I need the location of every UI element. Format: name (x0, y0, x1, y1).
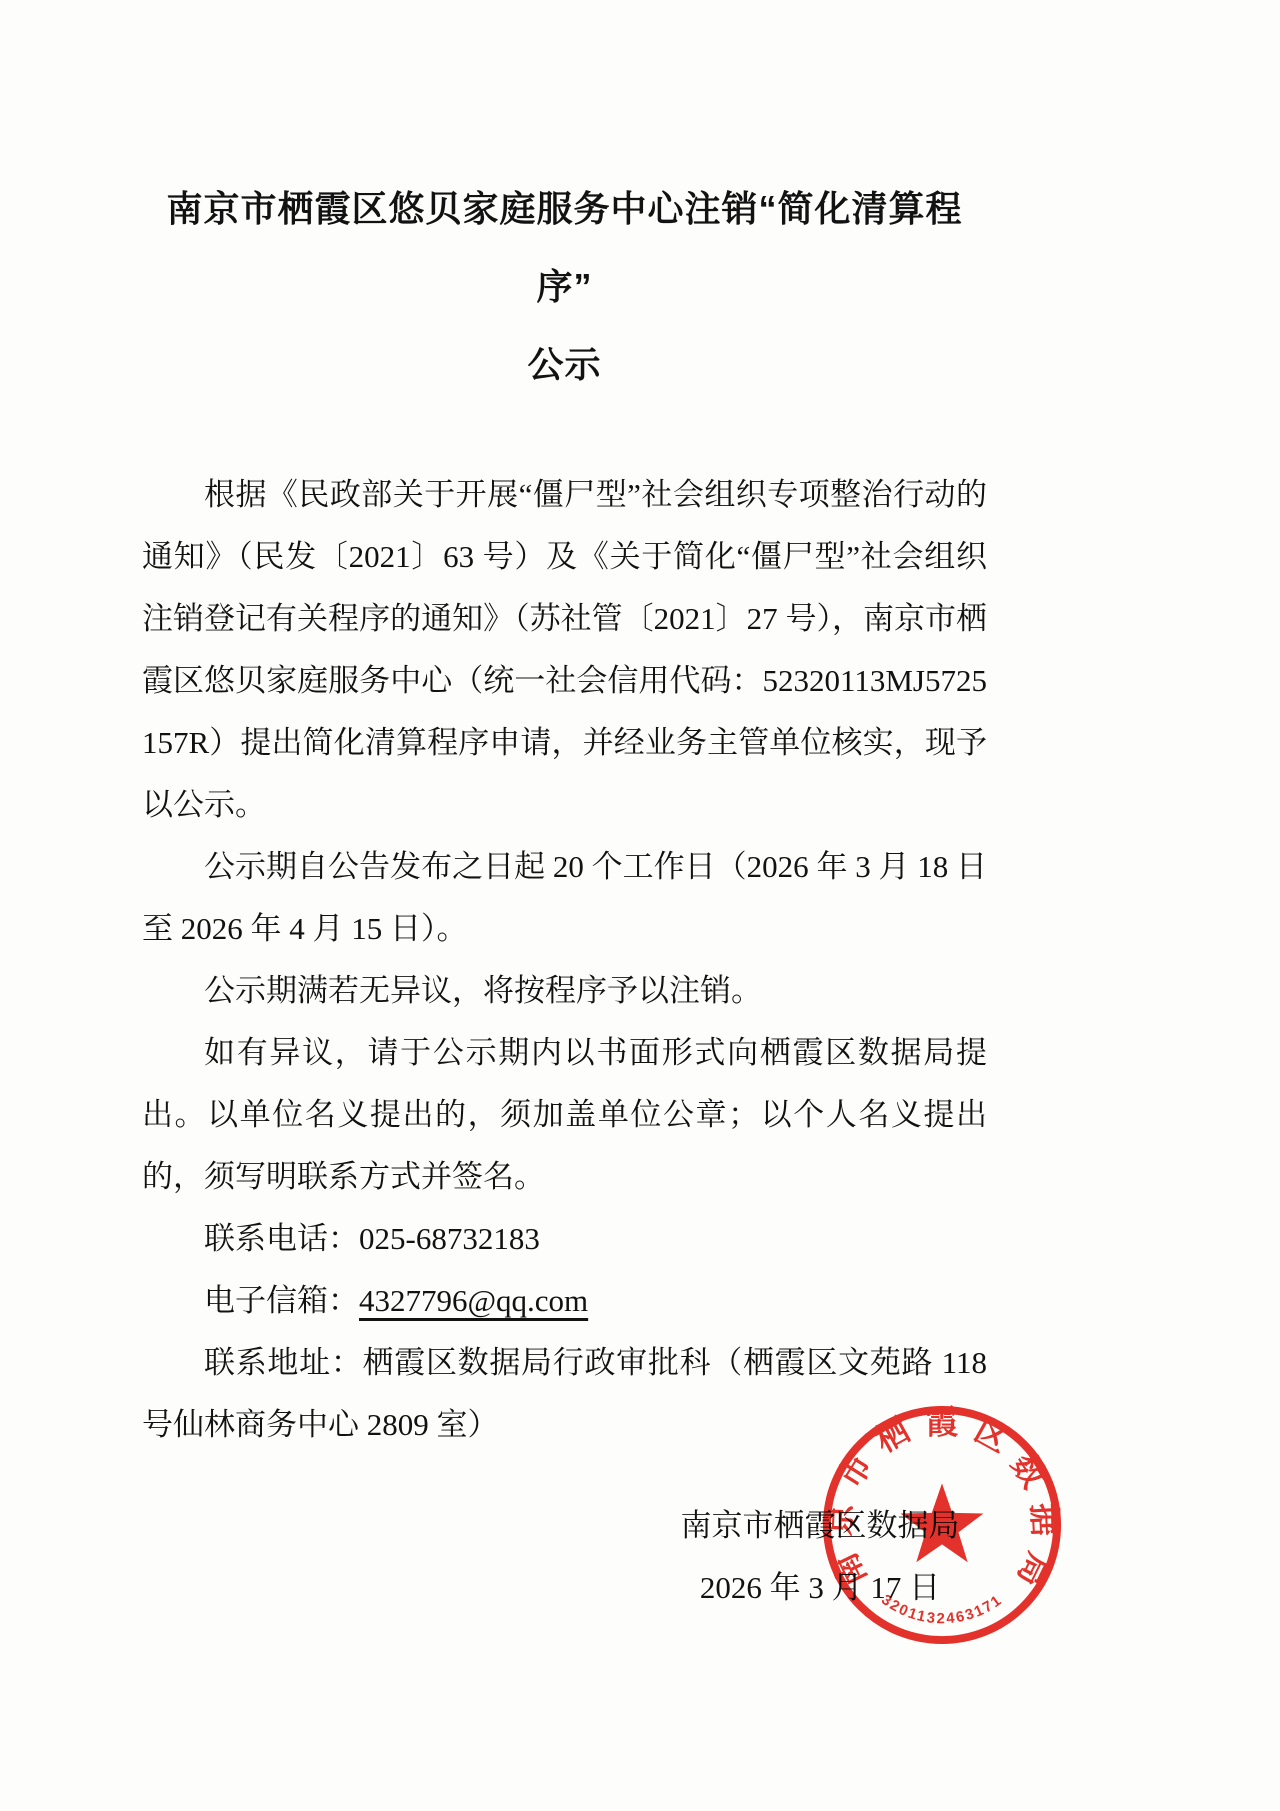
seal-serial-number: 3201132463171 (878, 1592, 1006, 1627)
contact-phone-label: 联系电话： (204, 1221, 359, 1256)
contact-phone-line: 联系电话：025-68732183 (142, 1208, 987, 1270)
contact-email-value: 4327796@qq.com (359, 1283, 588, 1318)
title-line-1: 南京市栖霞区悠贝家庭服务中心注销“简化清算程序” (142, 170, 987, 326)
paragraph-no-objection: 公示期满若无异议，将按程序予以注销。 (142, 960, 987, 1022)
paragraph-basis: 根据《民政部关于开展“僵尸型”社会组织专项整治行动的通知》（民发〔2021〕63… (142, 464, 987, 836)
contact-phone-value: 025-68732183 (359, 1221, 540, 1256)
document-content: 南京市栖霞区悠贝家庭服务中心注销“简化清算程序” 公示 根据《民政部关于开展“僵… (142, 170, 987, 1456)
official-seal: 南京市栖霞区数据局 3201132463171 (818, 1401, 1066, 1649)
paragraph-period: 公示期自公告发布之日起 20 个工作日（2026 年 3 月 18 日至 202… (142, 836, 987, 960)
contact-address-label: 联系地址： (204, 1345, 363, 1380)
announcement-page: 南京市栖霞区悠贝家庭服务中心注销“简化清算程序” 公示 根据《民政部关于开展“僵… (0, 0, 1280, 1811)
svg-text:3201132463171: 3201132463171 (878, 1592, 1006, 1627)
title-line-2: 公示 (142, 326, 987, 404)
contact-email-line: 电子信箱：4327796@qq.com (142, 1270, 987, 1332)
seal-star-icon (901, 1483, 984, 1562)
announcement-body: 根据《民政部关于开展“僵尸型”社会组织专项整治行动的通知》（民发〔2021〕63… (142, 464, 987, 1456)
document-title: 南京市栖霞区悠贝家庭服务中心注销“简化清算程序” 公示 (142, 170, 987, 404)
contact-email-label: 电子信箱： (204, 1283, 359, 1318)
paragraph-objection: 如有异议，请于公示期内以书面形式向栖霞区数据局提出。以单位名义提出的，须加盖单位… (142, 1022, 987, 1208)
